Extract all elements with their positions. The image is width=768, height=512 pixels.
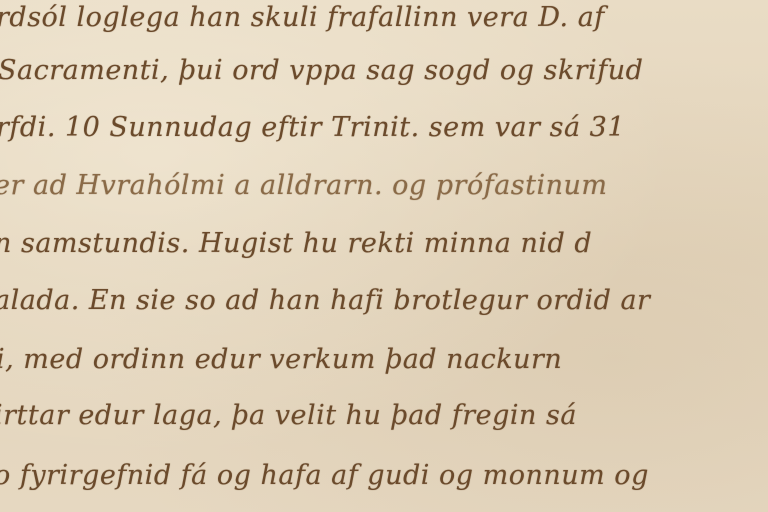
manuscript-line-5: n samstundis. Hugist hu rekti minna nid …: [0, 228, 592, 259]
manuscript-line-9: o fyrirgefnid fá og hafa af gudi og monn…: [0, 460, 649, 491]
manuscript-line-1: rdsól loglega han skuli frafallinn vera …: [0, 2, 605, 33]
manuscript-page: rdsól loglega han skuli frafallinn vera …: [0, 0, 768, 512]
manuscript-line-4: er ad Hvrahólmi a alldrarn. og prófastin…: [0, 170, 608, 201]
manuscript-line-2: Sacramenti, þui ord vppa sag sogd og skr…: [0, 55, 643, 86]
manuscript-line-3: rfdi. 10 Sunnudag eftir Trinit. sem var …: [0, 112, 625, 143]
manuscript-line-7: i, med ordinn edur verkum þad nackurn: [0, 344, 562, 375]
manuscript-line-8: irttar edur laga, þa velit hu þad fregin…: [0, 400, 577, 431]
manuscript-line-6: alada. En sie so ad han hafi brotlegur o…: [0, 285, 650, 316]
